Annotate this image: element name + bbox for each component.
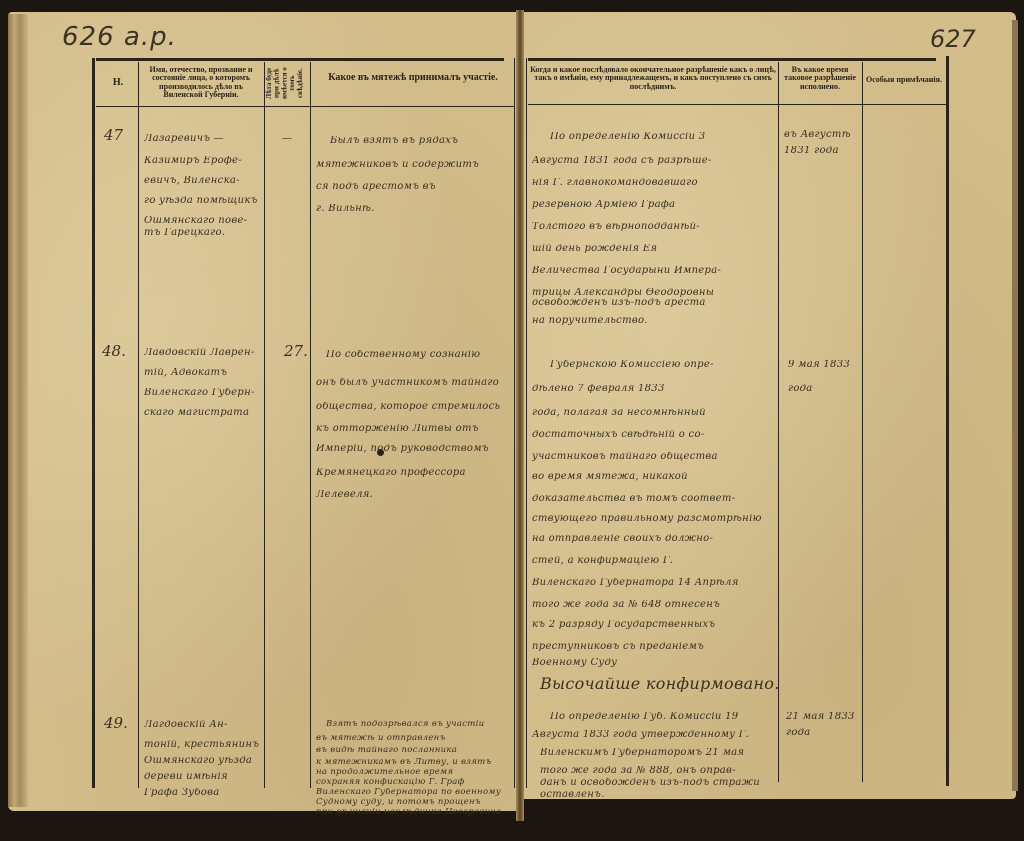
right-inner-rule [526, 58, 527, 788]
entry-48-age: 27. [284, 344, 308, 359]
right-col-divider-1 [778, 62, 779, 782]
entry-47-age: — [282, 134, 292, 144]
ledger-spread: 626 а.р. 627 Н. Имя, отечество, прозвани… [0, 0, 1024, 841]
left-top-thick-rule [96, 58, 504, 61]
left-col-divider-1 [138, 62, 139, 788]
left-col-divider-3 [310, 62, 311, 788]
left-col-divider-2 [264, 62, 265, 788]
header-number: Н. [100, 78, 136, 89]
page-gutter [516, 10, 524, 821]
ink-blot [377, 449, 384, 456]
header-notes: Особыя примѣчанія. [864, 76, 944, 84]
header-participation: Какое въ мятежѣ принималъ участіе. [314, 73, 512, 84]
right-top-thick-rule [528, 58, 936, 61]
book-binding-edge [8, 14, 28, 807]
entry-47-number: 47 [104, 128, 123, 143]
right-col-divider-2 [862, 62, 863, 782]
left-inner-rule [514, 58, 515, 788]
entry-48-resolution-footer: Высочайше конфирмовано. [540, 676, 780, 692]
left-header-bottom-rule [96, 106, 514, 107]
entry-49-number: 49. [104, 716, 128, 731]
right-outer-rule [946, 56, 949, 786]
header-resolution: Когда и какое послѣдовало окончательное … [530, 66, 776, 91]
right-folio-number: 627 [930, 25, 976, 53]
entry-48-number: 48. [102, 344, 126, 359]
header-executed: Въ какое время таковое разрѣшеніе исполн… [780, 66, 860, 91]
header-age: Лѣта буде при дѣлѣ имѣется о томъ свѣдѣн… [266, 62, 308, 104]
left-outer-rule [92, 58, 95, 788]
left-folio-number: 626 а.р. [62, 22, 177, 52]
right-header-bottom-rule [528, 104, 946, 105]
right-page-edge [1012, 20, 1018, 791]
header-name: Имя, отечество, прозвание и состояніе ли… [140, 66, 262, 100]
